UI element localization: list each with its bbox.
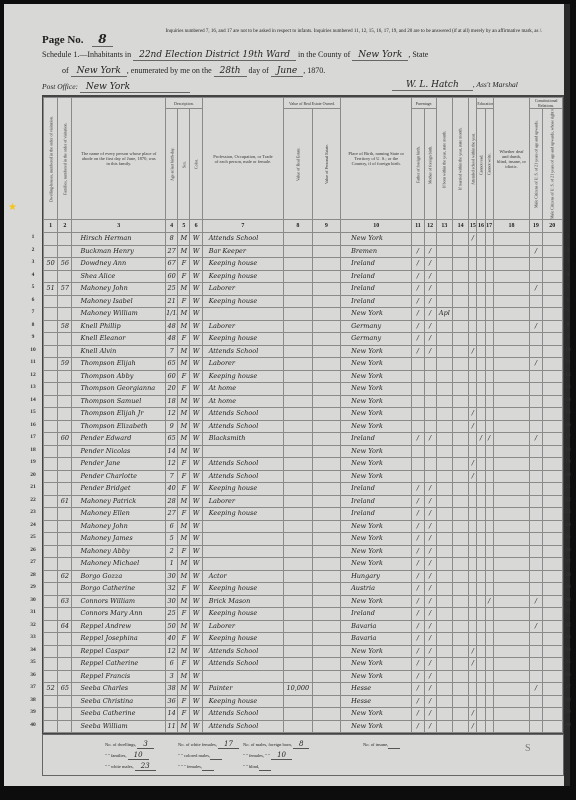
birthplace-cell: New York: [341, 308, 412, 321]
male-citizen-cell: [530, 658, 542, 671]
vote-denied-cell: [542, 270, 562, 283]
column-number-16: 16: [477, 220, 485, 233]
sex-cell: M: [178, 345, 190, 358]
family-number-cell: [58, 533, 72, 546]
family-number-cell: [58, 608, 72, 621]
line-number: 22: [561, 497, 575, 503]
father-foreign-cell: /: [412, 720, 424, 733]
color-cell: W: [190, 670, 202, 683]
color-cell: W: [190, 270, 202, 283]
vote-denied-cell: [542, 658, 562, 671]
dwelling-number-cell: [44, 508, 58, 521]
attended-school-cell: [469, 333, 477, 346]
color-cell: W: [190, 345, 202, 358]
family-number-cell: [58, 458, 72, 471]
cannot-write-cell: [485, 408, 493, 421]
attended-school-cell: [469, 483, 477, 496]
color-cell: W: [190, 245, 202, 258]
line-number: 21: [561, 484, 575, 490]
real-estate-value-cell: [284, 533, 312, 546]
age-cell: 6: [166, 658, 178, 671]
line-number: 15: [26, 409, 40, 415]
born-month-cell: [436, 645, 452, 658]
color-cell: W: [190, 608, 202, 621]
cannot-read-cell: [477, 483, 485, 496]
age-cell: 60: [166, 270, 178, 283]
disability-cell: [493, 383, 530, 396]
born-month-cell: [436, 708, 452, 721]
real-estate-value-cell: [284, 620, 312, 633]
column-number-2: 2: [58, 220, 72, 233]
married-month-cell: [452, 470, 468, 483]
mother-foreign-cell: [424, 458, 436, 471]
table-row: Pender Nicolas14MWNew York: [44, 445, 563, 458]
table-row: Borgo Catherine32FWKeeping houseAustria/…: [44, 583, 563, 596]
col-header-8: Value of Real Estate.: [284, 109, 312, 220]
dwelling-number-cell: [44, 645, 58, 658]
cannot-read-cell: [477, 720, 485, 733]
color-cell: W: [190, 370, 202, 383]
personal-estate-value-cell: [312, 283, 341, 296]
attended-school-cell: [469, 595, 477, 608]
table-row: 5265Seeba Charles38MWPainter10,000Hesse/…: [44, 683, 563, 696]
cannot-read-cell: [477, 258, 485, 271]
birthplace-cell: Bavaria: [341, 620, 412, 633]
personal-estate-value-cell: [312, 608, 341, 621]
of-label: of: [62, 66, 69, 75]
disability-cell: [493, 708, 530, 721]
cannot-read-cell: [477, 558, 485, 571]
father-foreign-cell: /: [412, 533, 424, 546]
vote-denied-cell: [542, 283, 562, 296]
born-month-cell: [436, 570, 452, 583]
post-office-value: New York: [80, 82, 190, 93]
attended-school-cell: /: [469, 658, 477, 671]
born-month-cell: [436, 720, 452, 733]
birthplace-cell: Bremen: [341, 245, 412, 258]
married-month-cell: [452, 333, 468, 346]
sex-cell: M: [178, 320, 190, 333]
color-cell: W: [190, 508, 202, 521]
age-cell: 8: [166, 233, 178, 246]
age-cell: 14: [166, 708, 178, 721]
family-number-cell: 56: [58, 258, 72, 271]
family-number-cell: [58, 445, 72, 458]
cannot-read-cell: [477, 545, 485, 558]
vote-denied-cell: [542, 695, 562, 708]
bookmark-star-icon[interactable]: ★: [8, 202, 17, 213]
line-number: 3: [26, 259, 40, 265]
column-number-14: 14: [452, 220, 468, 233]
real-estate-value-cell: [284, 420, 312, 433]
mother-foreign-cell: [424, 358, 436, 371]
born-month-cell: [436, 520, 452, 533]
real-estate-value-cell: [284, 333, 312, 346]
attended-school-cell: [469, 445, 477, 458]
description-group-header: Description.: [166, 98, 203, 109]
disability-cell: [493, 245, 530, 258]
age-cell: 11: [166, 720, 178, 733]
family-number-cell: 58: [58, 320, 72, 333]
sex-cell: M: [178, 245, 190, 258]
male-citizen-cell: [530, 483, 542, 496]
born-month-cell: [436, 620, 452, 633]
family-number-cell: [58, 395, 72, 408]
real-estate-value-cell: [284, 345, 312, 358]
dwelling-number-cell: [44, 295, 58, 308]
vote-denied-cell: [542, 295, 562, 308]
person-name-cell: Seeba William: [72, 720, 166, 733]
cannot-write-cell: [485, 383, 493, 396]
mother-foreign-cell: /: [424, 595, 436, 608]
disability-cell: [493, 683, 530, 696]
vote-denied-cell: [542, 383, 562, 396]
occupation-cell: Laborer: [202, 320, 283, 333]
mother-foreign-cell: /: [424, 683, 436, 696]
disability-cell: [493, 520, 530, 533]
cannot-read-cell: [477, 670, 485, 683]
mother-foreign-cell: [424, 408, 436, 421]
person-name-cell: Seeba Charles: [72, 683, 166, 696]
male-citizen-cell: [530, 508, 542, 521]
birthplace-cell: New York: [341, 383, 412, 396]
real-estate-value-cell: [284, 570, 312, 583]
family-number-cell: [58, 345, 72, 358]
male-citizen-cell: [530, 395, 542, 408]
attended-school-cell: [469, 558, 477, 571]
real-estate-value-cell: [284, 658, 312, 671]
born-month-cell: [436, 245, 452, 258]
disability-cell: [493, 558, 530, 571]
occupation-cell: [202, 308, 283, 321]
birthplace-cell: New York: [341, 470, 412, 483]
age-cell: 48: [166, 320, 178, 333]
real-estate-value-cell: [284, 458, 312, 471]
male-citizen-cell: [530, 533, 542, 546]
real-estate-value-cell: [284, 358, 312, 371]
dwelling-number-cell: [44, 670, 58, 683]
attended-school-cell: [469, 358, 477, 371]
sex-cell: M: [178, 620, 190, 633]
mother-foreign-cell: [424, 383, 436, 396]
family-number-cell: [58, 658, 72, 671]
table-row: Pender Jane12FWAttends SchoolNew York/: [44, 458, 563, 471]
cannot-write-cell: [485, 308, 493, 321]
birthplace-cell: New York: [341, 558, 412, 571]
occupation-cell: [202, 558, 283, 571]
sex-cell: M: [178, 420, 190, 433]
cannot-write-cell: /: [485, 595, 493, 608]
line-number: 19: [26, 459, 40, 465]
line-number: 20: [26, 472, 40, 478]
personal-estate-value-cell: [312, 495, 341, 508]
line-number: 33: [26, 634, 40, 640]
person-name-cell: Mahoney Abby: [72, 545, 166, 558]
father-foreign-cell: /: [412, 595, 424, 608]
column-number-15: 15: [469, 220, 477, 233]
line-number: 17: [561, 434, 575, 440]
cannot-read-cell: [477, 608, 485, 621]
occupation-cell: Keeping house: [202, 508, 283, 521]
personal-estate-value-cell: [312, 658, 341, 671]
table-row: Reppel Francis3MWNew York//: [44, 670, 563, 683]
real-estate-value-cell: [284, 695, 312, 708]
line-number: 9: [26, 334, 40, 340]
line-number: 21: [26, 484, 40, 490]
family-number-cell: [58, 695, 72, 708]
cannot-write-cell: [485, 508, 493, 521]
married-month-cell: [452, 658, 468, 671]
personal-estate-value-cell: [312, 408, 341, 421]
mother-foreign-cell: /: [424, 245, 436, 258]
table-row: Knell Alvin7MWAttends SchoolNew York///: [44, 345, 563, 358]
male-citizen-cell: /: [530, 620, 542, 633]
male-citizen-cell: [530, 608, 542, 621]
born-month-cell: [436, 445, 452, 458]
personal-estate-value-cell: [312, 333, 341, 346]
male-citizen-cell: [530, 295, 542, 308]
disability-cell: [493, 233, 530, 246]
occupation-cell: Attends School: [202, 720, 283, 733]
line-number: 4: [561, 272, 575, 278]
cannot-write-cell: [485, 320, 493, 333]
male-citizen-cell: /: [530, 683, 542, 696]
dwelling-number-cell: [44, 358, 58, 371]
born-month-cell: [436, 683, 452, 696]
color-cell: W: [190, 233, 202, 246]
age-cell: 12: [166, 408, 178, 421]
table-row: 5157Mahoney John25MWLaborerIreland///: [44, 283, 563, 296]
col-header-4: Age at last birth-day.: [166, 109, 178, 220]
line-number: 20: [561, 472, 575, 478]
vote-denied-cell: [542, 345, 562, 358]
line-number: 15: [561, 409, 575, 415]
parentage-group-header: Parentage.: [412, 98, 436, 109]
born-month-cell: [436, 270, 452, 283]
person-name-cell: Thompson Elijah: [72, 358, 166, 371]
white-females-label: No. of white females,: [178, 742, 217, 747]
sex-cell: F: [178, 258, 190, 271]
person-name-cell: Pender Nicolas: [72, 445, 166, 458]
dwelling-number-cell: [44, 695, 58, 708]
sex-cell: M: [178, 283, 190, 296]
age-cell: 18: [166, 395, 178, 408]
occupation-cell: Brick Mason: [202, 595, 283, 608]
females-foreign-count: " " females, " " 10: [243, 751, 292, 759]
line-number: 34: [561, 647, 575, 653]
cannot-read-cell: [477, 683, 485, 696]
male-citizen-cell: [530, 233, 542, 246]
color-cell: W: [190, 295, 202, 308]
married-month-cell: [452, 395, 468, 408]
male-citizen-cell: [530, 545, 542, 558]
disability-cell: [493, 258, 530, 271]
table-row: Pender Charlotte7FWAttends SchoolNew Yor…: [44, 470, 563, 483]
dwelling-number-cell: [44, 495, 58, 508]
census-table: Dwelling-houses, numbered in the order o…: [42, 95, 564, 734]
father-foreign-cell: /: [412, 708, 424, 721]
born-month-cell: [436, 658, 452, 671]
attended-school-cell: [469, 383, 477, 396]
sex-cell: F: [178, 633, 190, 646]
cannot-write-cell: [485, 333, 493, 346]
attended-school-cell: [469, 570, 477, 583]
line-number: 5: [561, 284, 575, 290]
married-month-cell: [452, 295, 468, 308]
dwelling-number-cell: [44, 308, 58, 321]
column-number-12: 12: [424, 220, 436, 233]
occupation-cell: Actor: [202, 570, 283, 583]
real-estate-value-cell: [284, 583, 312, 596]
col-header-2: Families, numbered in the order of visit…: [58, 98, 72, 220]
color-cell: W: [190, 695, 202, 708]
disability-cell: [493, 395, 530, 408]
dwellings-label: No. of dwellings,: [105, 742, 136, 747]
occupation-cell: Attends School: [202, 233, 283, 246]
col-header-20: Male Citizens of U. S. of 21 years of ag…: [542, 109, 562, 220]
vote-denied-cell: [542, 408, 562, 421]
age-cell: 40: [166, 633, 178, 646]
disability-cell: [493, 495, 530, 508]
married-month-cell: [452, 458, 468, 471]
cannot-write-cell: [485, 695, 493, 708]
person-name-cell: Reppel Andrew: [72, 620, 166, 633]
father-foreign-cell: /: [412, 583, 424, 596]
cannot-write-cell: [485, 370, 493, 383]
mother-foreign-cell: [424, 370, 436, 383]
mother-foreign-cell: /: [424, 308, 436, 321]
person-name-cell: Connors Mary Ann: [72, 608, 166, 621]
male-citizen-cell: /: [530, 245, 542, 258]
male-citizen-cell: [530, 333, 542, 346]
vote-denied-cell: [542, 395, 562, 408]
father-foreign-cell: /: [412, 295, 424, 308]
cannot-read-cell: [477, 445, 485, 458]
male-citizen-cell: [530, 470, 542, 483]
male-citizen-cell: [530, 520, 542, 533]
mother-foreign-cell: /: [424, 433, 436, 446]
personal-estate-value-cell: [312, 683, 341, 696]
cannot-write-cell: [485, 558, 493, 571]
family-number-cell: [58, 508, 72, 521]
birthplace-cell: Ireland: [341, 483, 412, 496]
females-foreign-value: 10: [271, 751, 292, 760]
disability-cell: [493, 433, 530, 446]
line-number: 10: [561, 347, 575, 353]
cannot-read-cell: [477, 320, 485, 333]
cannot-read-cell: [477, 633, 485, 646]
color-cell: W: [190, 683, 202, 696]
dwelling-number-cell: [44, 333, 58, 346]
color-cell: W: [190, 483, 202, 496]
attended-school-cell: [469, 308, 477, 321]
line-number: 36: [561, 672, 575, 678]
male-citizen-cell: [530, 345, 542, 358]
cannot-read-cell: [477, 495, 485, 508]
line-number: 26: [561, 547, 575, 553]
post-office-line: Post Office: New York: [42, 82, 190, 92]
born-month-cell: [436, 283, 452, 296]
line-number: 2: [561, 247, 575, 253]
table-row: Mahoney William1/12MWNew York//Apl: [44, 308, 563, 321]
cannot-read-cell: [477, 470, 485, 483]
disability-cell: [493, 308, 530, 321]
birthplace-cell: New York: [341, 520, 412, 533]
sex-cell: M: [178, 433, 190, 446]
father-foreign-cell: [412, 370, 424, 383]
family-number-cell: [58, 245, 72, 258]
sex-cell: M: [178, 570, 190, 583]
mother-foreign-cell: /: [424, 583, 436, 596]
attended-school-cell: [469, 270, 477, 283]
occupation-cell: Keeping house: [202, 370, 283, 383]
father-foreign-cell: /: [412, 245, 424, 258]
male-citizen-cell: [530, 708, 542, 721]
person-name-cell: Pender Edward: [72, 433, 166, 446]
families-label: " " families,: [105, 753, 127, 758]
line-number: 38: [561, 697, 575, 703]
group-header-row: Dwelling-houses, numbered in the order o…: [44, 98, 563, 109]
married-month-cell: [452, 370, 468, 383]
family-number-cell: 57: [58, 283, 72, 296]
person-name-cell: Knell Eleanor: [72, 333, 166, 346]
line-number: 39: [26, 709, 40, 715]
sex-cell: M: [178, 233, 190, 246]
born-month-cell: [436, 608, 452, 621]
personal-estate-value-cell: [312, 383, 341, 396]
line-number: 28: [561, 572, 575, 578]
married-month-cell: [452, 283, 468, 296]
married-month-cell: [452, 420, 468, 433]
sex-cell: M: [178, 308, 190, 321]
age-cell: 30: [166, 595, 178, 608]
line-number: 25: [26, 534, 40, 540]
line-number: 40: [561, 722, 575, 728]
cannot-write-cell: [485, 570, 493, 583]
cannot-write-cell: [485, 608, 493, 621]
males-foreign-value: 8: [293, 740, 309, 749]
table-row: Thompson Abby60FWKeeping houseNew York: [44, 370, 563, 383]
personal-estate-value-cell: [312, 445, 341, 458]
line-number: 13: [26, 384, 40, 390]
disability-cell: [493, 345, 530, 358]
line-number: 28: [26, 572, 40, 578]
col-header-11: Father of foreign birth.: [412, 109, 424, 220]
vote-denied-cell: [542, 583, 562, 596]
person-name-cell: Thompson Elizabeth: [72, 420, 166, 433]
cannot-write-cell: [485, 483, 493, 496]
family-number-cell: [58, 483, 72, 496]
sex-cell: F: [178, 608, 190, 621]
color-cell: W: [190, 408, 202, 421]
col-header-13: If born within the year, state month.: [436, 98, 452, 220]
family-number-cell: 62: [58, 570, 72, 583]
real-estate-value-cell: [284, 633, 312, 646]
colored-males-count: " " colored males,: [178, 751, 222, 759]
real-estate-value-cell: [284, 595, 312, 608]
dwelling-number-cell: [44, 233, 58, 246]
born-month-cell: [436, 470, 452, 483]
birthplace-cell: Hesse: [341, 683, 412, 696]
column-number-9: 9: [312, 220, 341, 233]
father-foreign-cell: /: [412, 658, 424, 671]
table-row: Mahoney Michael1MWNew York//: [44, 558, 563, 571]
disability-cell: [493, 470, 530, 483]
attended-school-cell: /: [469, 408, 477, 421]
birthplace-cell: Ireland: [341, 495, 412, 508]
attended-school-cell: [469, 508, 477, 521]
color-cell: W: [190, 558, 202, 571]
